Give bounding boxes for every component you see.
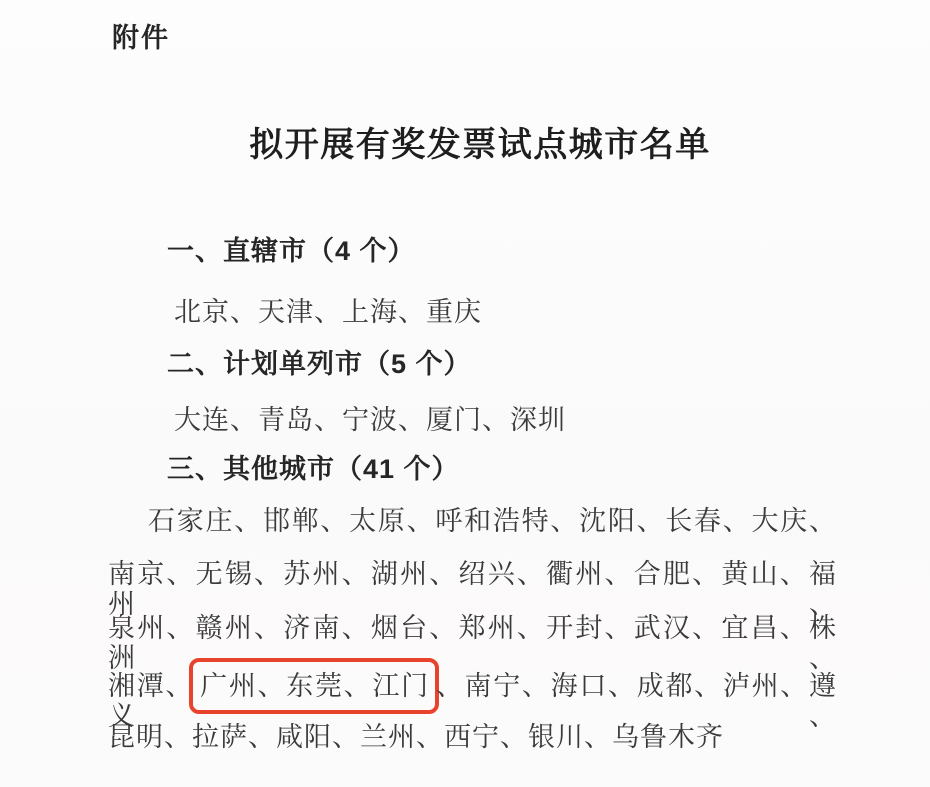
line-4-prefix: 湘潭、 [108, 671, 194, 701]
attachment-label: 附件 [112, 16, 170, 55]
section-1-heading: 一、直辖市（4 个） [167, 229, 416, 268]
section-1-cities: 北京、天津、上海、重庆 [174, 290, 482, 329]
document-title: 拟开展有奖发票试点城市名单 [0, 117, 930, 166]
other-cities-line-5: 昆明、拉萨、咸阳、兰州、西宁、银川、乌鲁木齐 [108, 722, 724, 752]
highlighted-cities: 广州、东莞、江门 [200, 671, 430, 701]
section-3-heading: 三、其他城市（41 个） [167, 447, 460, 486]
other-cities-line-2: 南京、无锡、苏州、湖州、绍兴、衢州、合肥、黄山、福州、 [108, 559, 836, 619]
section-2-cities: 大连、青岛、宁波、厦门、深圳 [174, 398, 566, 437]
document-page: 附件 拟开展有奖发票试点城市名单 一、直辖市（4 个） 北京、天津、上海、重庆 … [0, 0, 930, 787]
section-2-heading: 二、计划单列市（5 个） [167, 342, 472, 381]
other-cities-line-1: 石家庄、邯郸、太原、呼和浩特、沈阳、长春、大庆、 [108, 506, 836, 536]
